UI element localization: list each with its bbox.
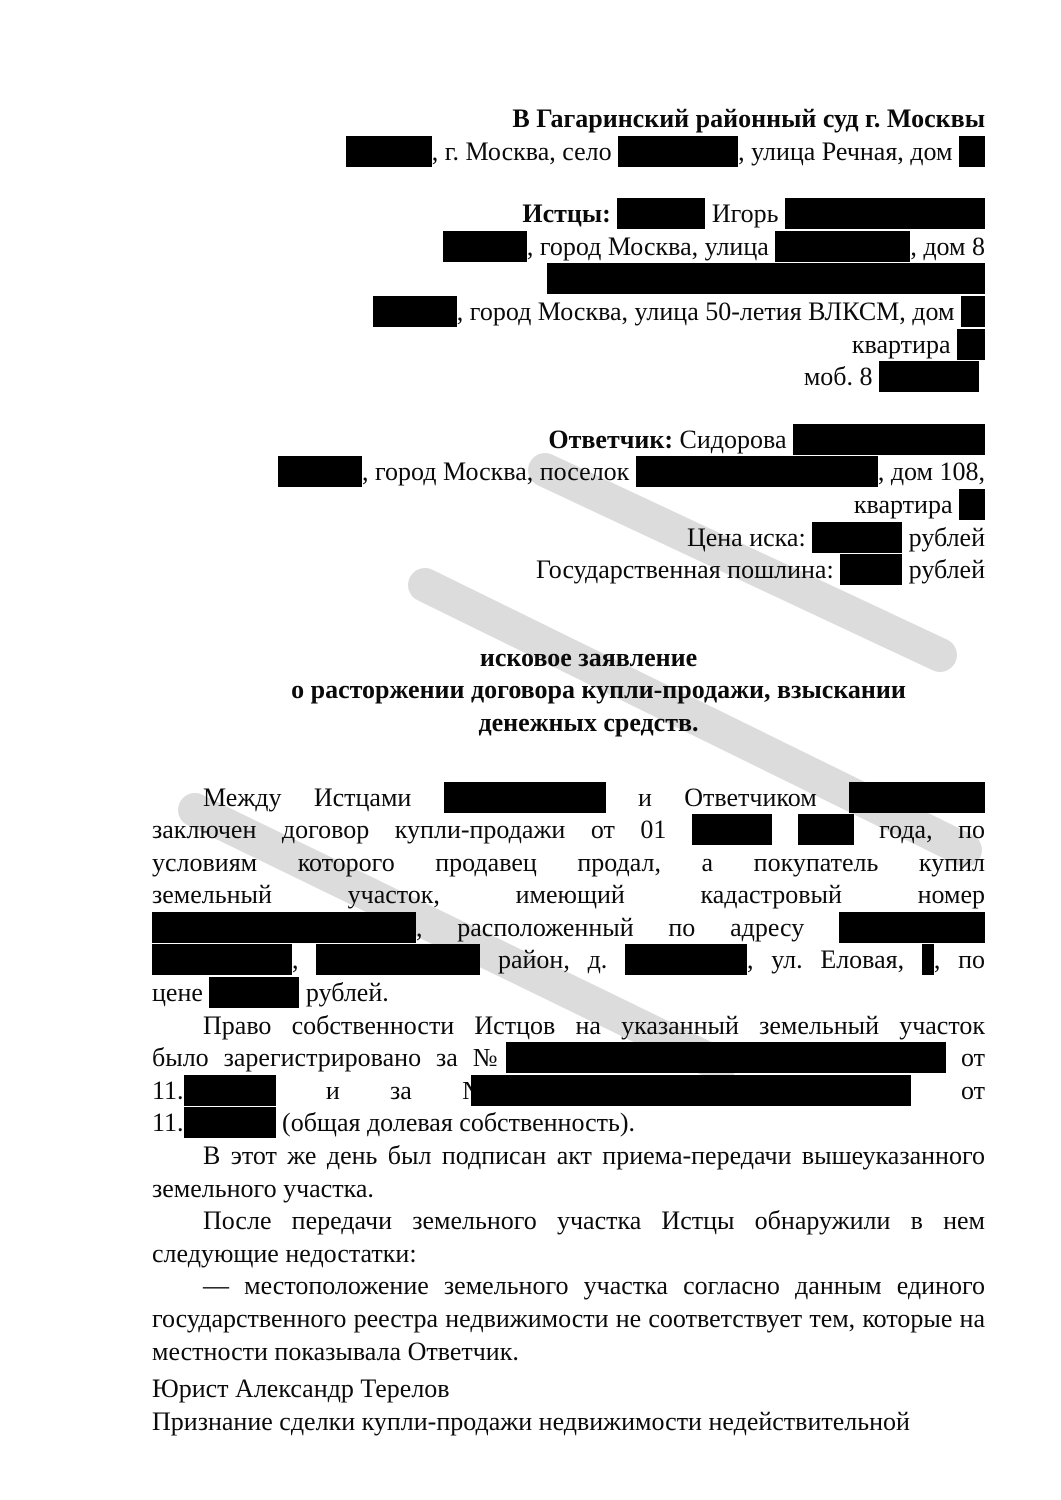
plaintiffs-line: Истцы: Игорь — [152, 198, 985, 231]
redaction — [346, 136, 432, 167]
redaction — [444, 782, 606, 813]
state-duty: Государственная пошлина: рублей — [152, 554, 985, 587]
redaction — [840, 554, 902, 585]
redaction — [618, 136, 738, 167]
redaction — [959, 136, 985, 167]
redaction — [443, 231, 527, 262]
paragraph-handover: В этот же день был подписан акт приема-п… — [152, 1140, 985, 1205]
claim-price: Цена иска: рублей — [152, 522, 985, 555]
redaction — [152, 944, 292, 975]
redaction — [278, 456, 362, 487]
plaintiff-apartment: квартира — [152, 329, 985, 362]
court-address: , г. Москва, село , улица Речная, дом — [152, 136, 985, 169]
redaction — [961, 296, 985, 327]
redaction — [957, 329, 985, 360]
plaintiff-phone: моб. 8 — [152, 361, 985, 394]
defect-item: — местоположение земельного участка согл… — [152, 1270, 985, 1368]
redaction — [547, 263, 985, 294]
redaction — [785, 198, 985, 229]
defendant-address: , город Москва, поселок , дом 108, — [152, 456, 985, 489]
redaction — [839, 912, 985, 943]
document-content: В Гагаринский районный суд г. Москвы , г… — [152, 100, 985, 1438]
redaction — [798, 814, 854, 845]
redaction — [152, 912, 416, 943]
paragraph-ownership: Право собственности Истцов на указанный … — [152, 1010, 985, 1140]
redaction — [812, 522, 902, 553]
redaction — [922, 944, 934, 975]
redaction — [506, 1042, 946, 1073]
redaction — [209, 977, 299, 1008]
redaction — [692, 814, 772, 845]
plaintiffs-label: Истцы: — [522, 199, 610, 228]
topic-caption: Признание сделки купли-продажи недвижимо… — [152, 1406, 985, 1439]
defendant-label: Ответчик: — [548, 425, 673, 454]
defendant-apartment: квартира — [152, 489, 985, 522]
document-subtitle-2: денежных средств. — [152, 707, 985, 740]
defendant-line: Ответчик: Сидорова — [152, 424, 985, 457]
paragraph-defects: После передачи земельного участка Истцы … — [152, 1205, 985, 1270]
redaction — [793, 424, 985, 455]
redaction — [849, 782, 985, 813]
redaction — [775, 231, 910, 262]
redaction — [373, 296, 457, 327]
plaintiff-address-1: , город Москва, улица , дом 8 — [152, 231, 985, 264]
redaction — [625, 944, 747, 975]
document-title: исковое заявление — [152, 642, 985, 675]
redaction — [617, 198, 705, 229]
plaintiff-address-2: , город Москва, улица 50-летия ВЛКСМ, до… — [152, 296, 985, 329]
redaction — [636, 456, 878, 487]
document-page: В Гагаринский районный суд г. Москвы , г… — [0, 0, 1061, 1500]
document-subtitle-1: о расторжении договора купли-продажи, вз… — [152, 674, 985, 707]
plaintiff-name-2 — [152, 263, 985, 296]
redaction — [879, 361, 979, 392]
redaction — [184, 1075, 276, 1106]
court-name: В Гагаринский районный суд г. Москвы — [152, 103, 985, 136]
paragraph-contract: Между Истцами и Ответчиком заключен дого… — [152, 782, 985, 1010]
redaction — [316, 944, 480, 975]
redaction — [184, 1107, 276, 1138]
redaction — [471, 1075, 911, 1106]
author-caption: Юрист Александр Терелов — [152, 1373, 985, 1406]
redaction — [959, 489, 985, 520]
